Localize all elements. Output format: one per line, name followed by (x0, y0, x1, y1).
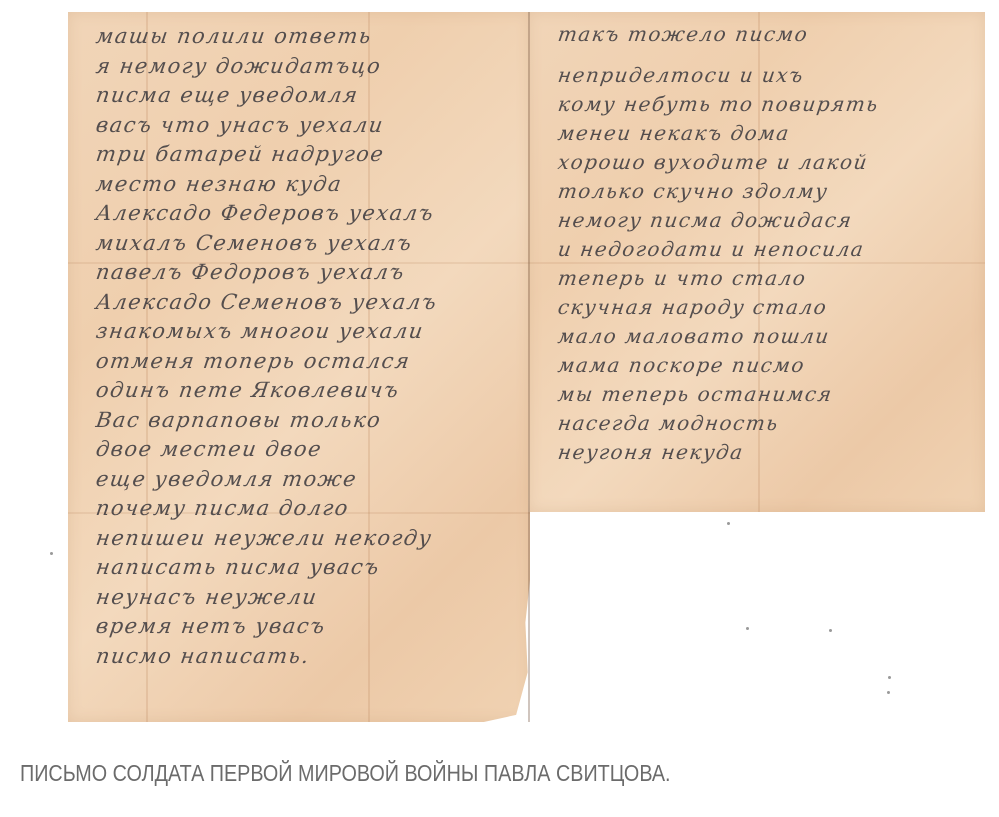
handwritten-line: отменя топерь остался (94, 347, 514, 377)
handwritten-line: немогу писма дожидася (556, 206, 977, 235)
handwritten-line: только скучно здолму (556, 177, 977, 206)
handwritten-line: неугоня некуда (556, 438, 977, 467)
dust-speck (829, 629, 832, 632)
handwritten-line: написать писма увасъ (94, 553, 514, 583)
letter-photograph: машы полили ответь я немогу дожидатъцо п… (0, 0, 999, 740)
handwritten-text-right: такъ тожело писмо неприделтоси и ихъ ком… (528, 12, 985, 512)
handwritten-line: теперь и что стало (556, 264, 977, 293)
handwritten-line: одинъ пете Яковлевичъ (94, 376, 514, 406)
handwritten-line: знакомыхъ многои уехали (94, 317, 514, 347)
dust-speck (727, 522, 730, 525)
handwritten-text-left: машы полили ответь я немогу дожидатъцо п… (68, 12, 530, 722)
handwritten-line: Вас варпаповы только (94, 406, 514, 436)
page-seam (528, 12, 530, 722)
handwritten-line: писмо написать. (94, 642, 514, 672)
handwritten-line: еще уведомля тоже (94, 465, 514, 495)
handwritten-line: непишеи неужели некогду (94, 524, 514, 554)
handwritten-line: три батарей надругое (94, 140, 514, 170)
handwritten-line: время нетъ увасъ (94, 612, 514, 642)
handwritten-line: кому небуть то повирять (556, 90, 977, 119)
handwritten-line: машы полили ответь (94, 22, 514, 52)
handwritten-line: двое местеи двое (94, 435, 514, 465)
dust-speck (50, 552, 53, 555)
handwritten-line: мы теперь останимся (556, 380, 977, 409)
dust-speck (888, 676, 891, 679)
handwritten-line: писма еще уведомля (94, 81, 514, 111)
handwritten-line: насегда модность (556, 409, 977, 438)
handwritten-line: хорошо вуходите и лакой (556, 148, 977, 177)
handwritten-line: васъ что унасъ уехали (94, 111, 514, 141)
handwritten-line: мало маловато пошли (556, 322, 977, 351)
handwritten-line: менеи некакъ дома (556, 119, 977, 148)
dust-speck (887, 691, 890, 694)
handwritten-line: неприделтоси и ихъ (556, 61, 977, 90)
handwritten-line: и недогодати и непосила (556, 235, 977, 264)
handwritten-line: я немогу дожидатъцо (94, 52, 514, 82)
dust-speck (746, 627, 749, 630)
letter-right-page: такъ тожело писмо неприделтоси и ихъ ком… (528, 12, 985, 512)
handwritten-line: неунасъ неужели (94, 583, 514, 613)
handwritten-line: почему писма долго (94, 494, 514, 524)
handwritten-line: мама поскоре писмо (556, 351, 977, 380)
handwritten-line: павелъ Федоровъ уехалъ (94, 258, 514, 288)
handwritten-line: такъ тожело писмо (556, 20, 977, 49)
letter-left-page: машы полили ответь я немогу дожидатъцо п… (68, 12, 530, 722)
handwritten-line: Алексадо Семеновъ уехалъ (94, 288, 514, 318)
handwritten-line: скучная народу стало (556, 293, 977, 322)
handwritten-line: михалъ Семеновъ уехалъ (94, 229, 514, 259)
handwritten-line: место незнаю куда (94, 170, 514, 200)
handwritten-line: Алексадо Федеровъ уехалъ (94, 199, 514, 229)
photo-caption: ПИСЬМО СОЛДАТА ПЕРВОЙ МИРОВОЙ ВОЙНЫ ПАВЛ… (20, 760, 671, 787)
